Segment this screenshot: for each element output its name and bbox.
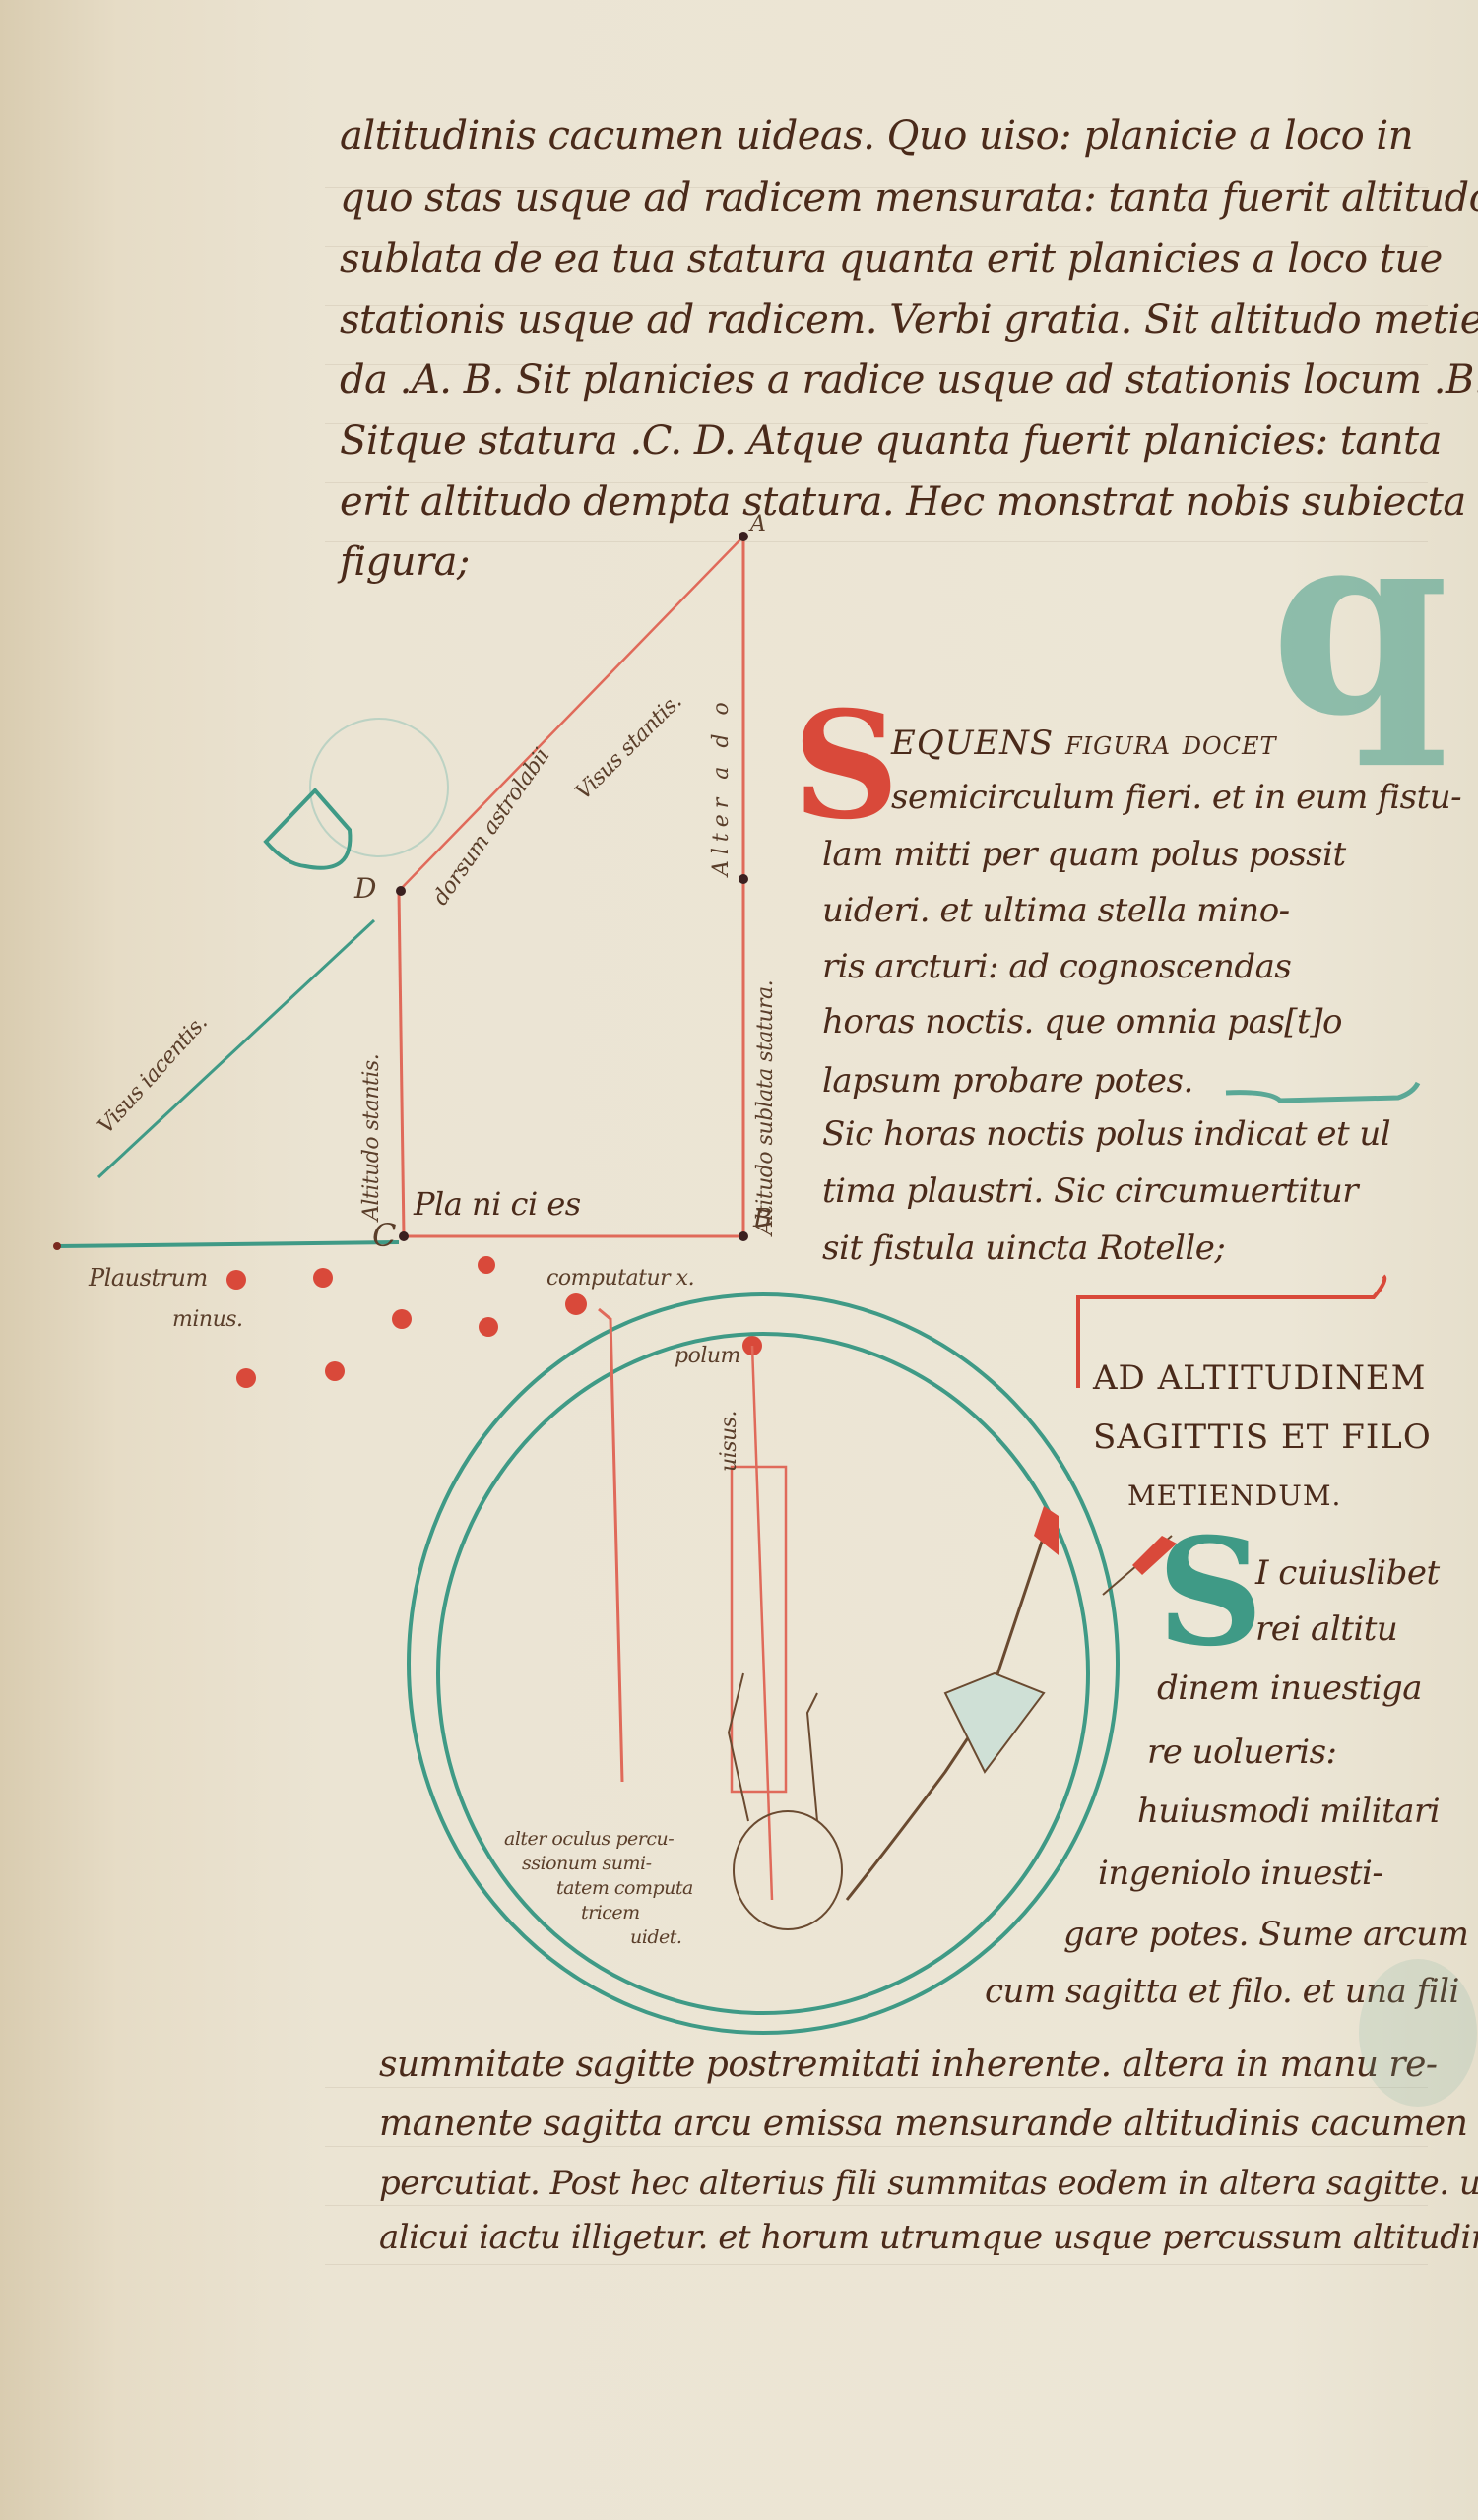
label-computatur: computatur x. [546, 1266, 694, 1291]
text-line: EQUENS figura docet [891, 724, 1277, 763]
text-line: figura; [340, 539, 470, 585]
label-altitudo-stantis: Altitudo stantis. [359, 1054, 385, 1221]
text-line: summitate sagitte postremitati inherente… [379, 2043, 1438, 2088]
note-line: tricem [581, 1900, 640, 1925]
label-uisus: uisus. [717, 1411, 742, 1472]
text-line: sit fistula uincta Rotelle; [822, 1228, 1225, 1268]
text-line: Sitque statura .C. D. Atque quanta fueri… [340, 418, 1442, 464]
text-line: tima plaustri. Sic circumuertitur [822, 1171, 1358, 1211]
ink-blot [1359, 1959, 1477, 2107]
manuscript-page: altitudinis cacumen uideas. Quo uiso: pl… [0, 0, 1478, 2520]
text-line: semicirculum fieri. et in eum fistu- [891, 778, 1461, 817]
green-initial-s: S [1157, 1506, 1263, 1679]
label-polum: polum [675, 1344, 740, 1369]
text-line: dinem inuestiga [1157, 1669, 1422, 1708]
text-line: quo stas usque ad radicem mensurata: tan… [340, 175, 1478, 220]
text-line: sublata de ea tua statura quanta erit pl… [340, 236, 1443, 282]
label-altitudo-sublata: Altitudo sublata statura. [753, 980, 779, 1235]
text-line: manente sagitta arcu emissa mensurande a… [379, 2102, 1467, 2147]
ground-line [57, 1242, 399, 1246]
text-line: stationis usque ad radicem. Verbi gratia… [340, 297, 1478, 343]
note-line: ssionum sumi- [522, 1851, 652, 1876]
text-line: ingeniolo inuesti- [1098, 1854, 1382, 1893]
visus-stantis-line [399, 536, 743, 891]
red-initial-s: S [793, 679, 899, 852]
astrolabe-icon [266, 790, 350, 868]
label-a: A [750, 512, 765, 537]
text-line: re uolueris: [1147, 1732, 1336, 1772]
text-line: alicui iactu illigetur. et horum utrumqu… [379, 2215, 1478, 2260]
text-line: rei altitu [1255, 1609, 1397, 1649]
note-line: uidet. [630, 1924, 681, 1950]
text-line: lam mitti per quam polus possit [822, 835, 1346, 874]
text-line: ris arcturi: ad cognoscendas [822, 947, 1291, 986]
text-line: altitudinis cacumen uideas. Quo uiso: pl… [340, 113, 1413, 158]
note-line: alter oculus percu- [504, 1826, 674, 1852]
text-line: gare potes. Sume arcum [1063, 1915, 1468, 1954]
text-line: uideri. et ultima stella mino- [822, 891, 1290, 930]
note-line: tatem computa [556, 1875, 693, 1901]
margin-initial-q: q [1270, 472, 1449, 773]
label-b: B [753, 1206, 772, 1231]
section-heading: AD ALTITUDINEM [1093, 1358, 1427, 1398]
text-line: percutiat. Post hec alterius fili summit… [379, 2161, 1478, 2206]
label-planicies: Pla ni ci es [414, 1181, 581, 1227]
label-d: D [354, 876, 376, 902]
text-line: I cuiuslibet [1255, 1553, 1440, 1593]
text-line: huiusmodi militari [1137, 1792, 1440, 1831]
label-altitudo-vertical: Alter a d o [709, 696, 735, 876]
section-heading: SAGITTIS ET FILO [1093, 1417, 1432, 1457]
text-line: da .A. B. Sit planicies a radice usque a… [340, 357, 1478, 403]
text-line: horas noctis. que omnia pas[t]o [822, 1002, 1342, 1041]
text-line: Sic horas noctis polus indicat et ul [822, 1114, 1390, 1154]
label-c: C [372, 1223, 396, 1248]
label-minus: minus. [172, 1307, 243, 1333]
text-line: lapsum probare potes. [822, 1061, 1193, 1101]
stature-line [399, 891, 404, 1236]
visus-iacentis-line [98, 920, 374, 1177]
label-plaustrum: Plaustrum [89, 1265, 208, 1291]
